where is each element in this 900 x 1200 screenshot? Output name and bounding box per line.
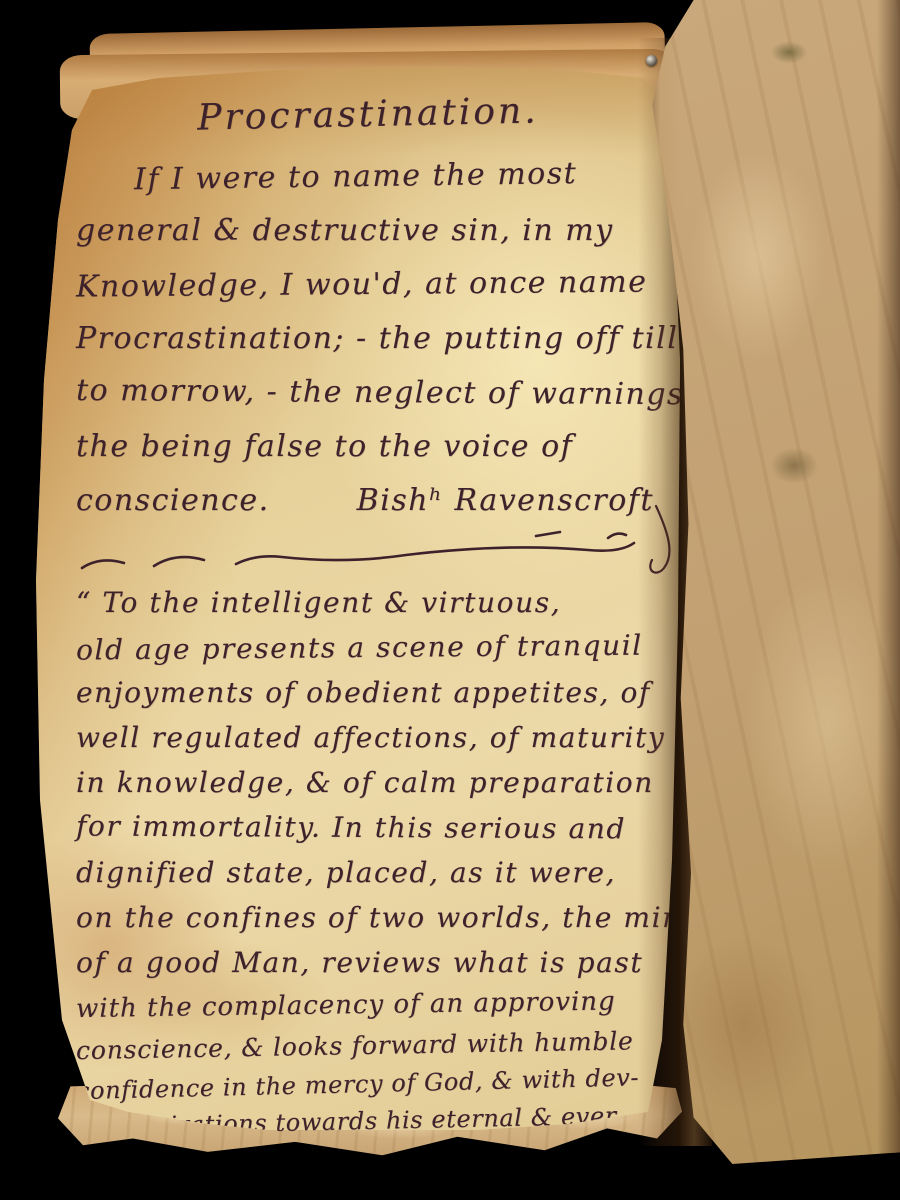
manuscript-line: If I were to name the most (76, 146, 661, 208)
manuscript-line: in knowledge, & of calm preparation (76, 760, 660, 805)
manuscript-line: Knowledge, I wou'd, at once name (76, 255, 660, 314)
manuscript-title: Procrastination. (75, 80, 660, 156)
manuscript-line: the being false to the voice of (76, 420, 660, 474)
manuscript-line: enjoyments of obedient appetites, of (76, 670, 660, 715)
quote-old-age: “ To the intelligent & virtuous,old age … (76, 580, 660, 1177)
manuscript-line: on the confines of two worlds, the mind (76, 895, 660, 940)
squiggle-divider (68, 530, 668, 576)
manuscript-line: to morrow, - the neglect of warnings, (76, 364, 660, 422)
manuscript-line: of a good Man, reviews what is past (76, 940, 660, 985)
photo: Procrastination. If I were to name the m… (0, 0, 900, 1200)
manuscript-line: for immortality. In this serious and (76, 803, 660, 851)
pin-head (646, 55, 657, 66)
manuscript-page: Procrastination. If I were to name the m… (28, 60, 680, 1130)
manuscript-line: Procrastination; - the putting off till (76, 312, 660, 366)
manuscript-line: general & destructive sin, in my (76, 204, 660, 258)
manuscript-line: old age presents a scene of tranquil (76, 622, 660, 672)
quote-procrastination: If I were to name the mostgeneral & dest… (76, 150, 660, 528)
manuscript-line: “ To the intelligent & virtuous, (76, 580, 660, 625)
manuscript-line: dignified state, placed, as it were, (76, 850, 660, 895)
closing-words: conscience. (76, 474, 270, 528)
manuscript-line: conscience.Bishʰ Ravenscroft (76, 474, 660, 528)
manuscript-line: well regulated affections, of maturity (76, 715, 660, 760)
manuscript-text: Procrastination. If I were to name the m… (76, 86, 660, 1177)
attribution: Bishʰ Ravenscroft (357, 474, 654, 528)
